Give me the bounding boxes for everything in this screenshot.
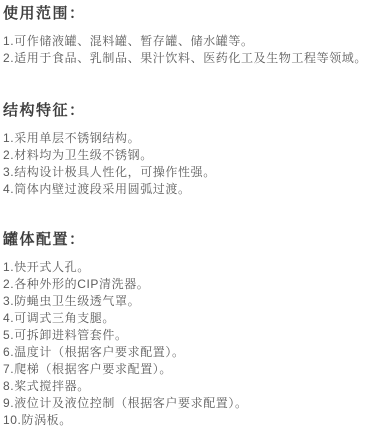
- structural-features-heading: 结构特征：: [3, 101, 386, 121]
- tank-configuration-item-4: 4.可调式三角支腿。: [3, 310, 386, 327]
- usage-scope-heading: 使用范围：: [3, 4, 386, 24]
- usage-scope-item-1: 1.可作储液罐、混料罐、暂存罐、储水罐等。: [3, 33, 386, 50]
- tank-configuration-item-3: 3.防蝇虫卫生级透气罩。: [3, 293, 386, 310]
- section-structural-features: 结构特征： 1.采用单层不锈钢结构。 2.材料均为卫生级不锈钢。 3.结构设计极…: [3, 101, 386, 198]
- usage-scope-item-2: 2.适用于食品、乳制品、果汁饮料、医药化工及生物工程等领域。: [3, 50, 386, 67]
- tank-configuration-list: 1.快开式人孔。 2.各种外形的CIP清洗器。 3.防蝇虫卫生级透气罩。 4.可…: [3, 259, 386, 429]
- tank-configuration-item-10: 10.防涡板。: [3, 412, 386, 429]
- tank-configuration-item-5: 5.可拆卸进料管套件。: [3, 327, 386, 344]
- structural-features-item-4: 4.筒体内壁过渡段采用圆弧过渡。: [3, 181, 386, 198]
- tank-configuration-item-6: 6.温度计（根据客户要求配置）。: [3, 344, 386, 361]
- product-description-page: 使用范围： 1.可作储液罐、混料罐、暂存罐、储水罐等。 2.适用于食品、乳制品、…: [0, 0, 388, 436]
- tank-configuration-item-7: 7.爬梯（根据客户要求配置）。: [3, 361, 386, 378]
- structural-features-item-1: 1.采用单层不锈钢结构。: [3, 130, 386, 147]
- tank-configuration-heading: 罐体配置：: [3, 230, 386, 250]
- structural-features-list: 1.采用单层不锈钢结构。 2.材料均为卫生级不锈钢。 3.结构设计极具人性化，可…: [3, 130, 386, 198]
- usage-scope-list: 1.可作储液罐、混料罐、暂存罐、储水罐等。 2.适用于食品、乳制品、果汁饮料、医…: [3, 33, 386, 67]
- structural-features-item-3: 3.结构设计极具人性化，可操作性强。: [3, 164, 386, 181]
- section-tank-configuration: 罐体配置： 1.快开式人孔。 2.各种外形的CIP清洗器。 3.防蝇虫卫生级透气…: [3, 230, 386, 429]
- tank-configuration-item-2: 2.各种外形的CIP清洗器。: [3, 276, 386, 293]
- section-usage-scope: 使用范围： 1.可作储液罐、混料罐、暂存罐、储水罐等。 2.适用于食品、乳制品、…: [3, 4, 386, 67]
- tank-configuration-item-9: 9.液位计及液位控制（根据客户要求配置）。: [3, 395, 386, 412]
- tank-configuration-item-1: 1.快开式人孔。: [3, 259, 386, 276]
- structural-features-item-2: 2.材料均为卫生级不锈钢。: [3, 147, 386, 164]
- tank-configuration-item-8: 8.桨式搅拌器。: [3, 378, 386, 395]
